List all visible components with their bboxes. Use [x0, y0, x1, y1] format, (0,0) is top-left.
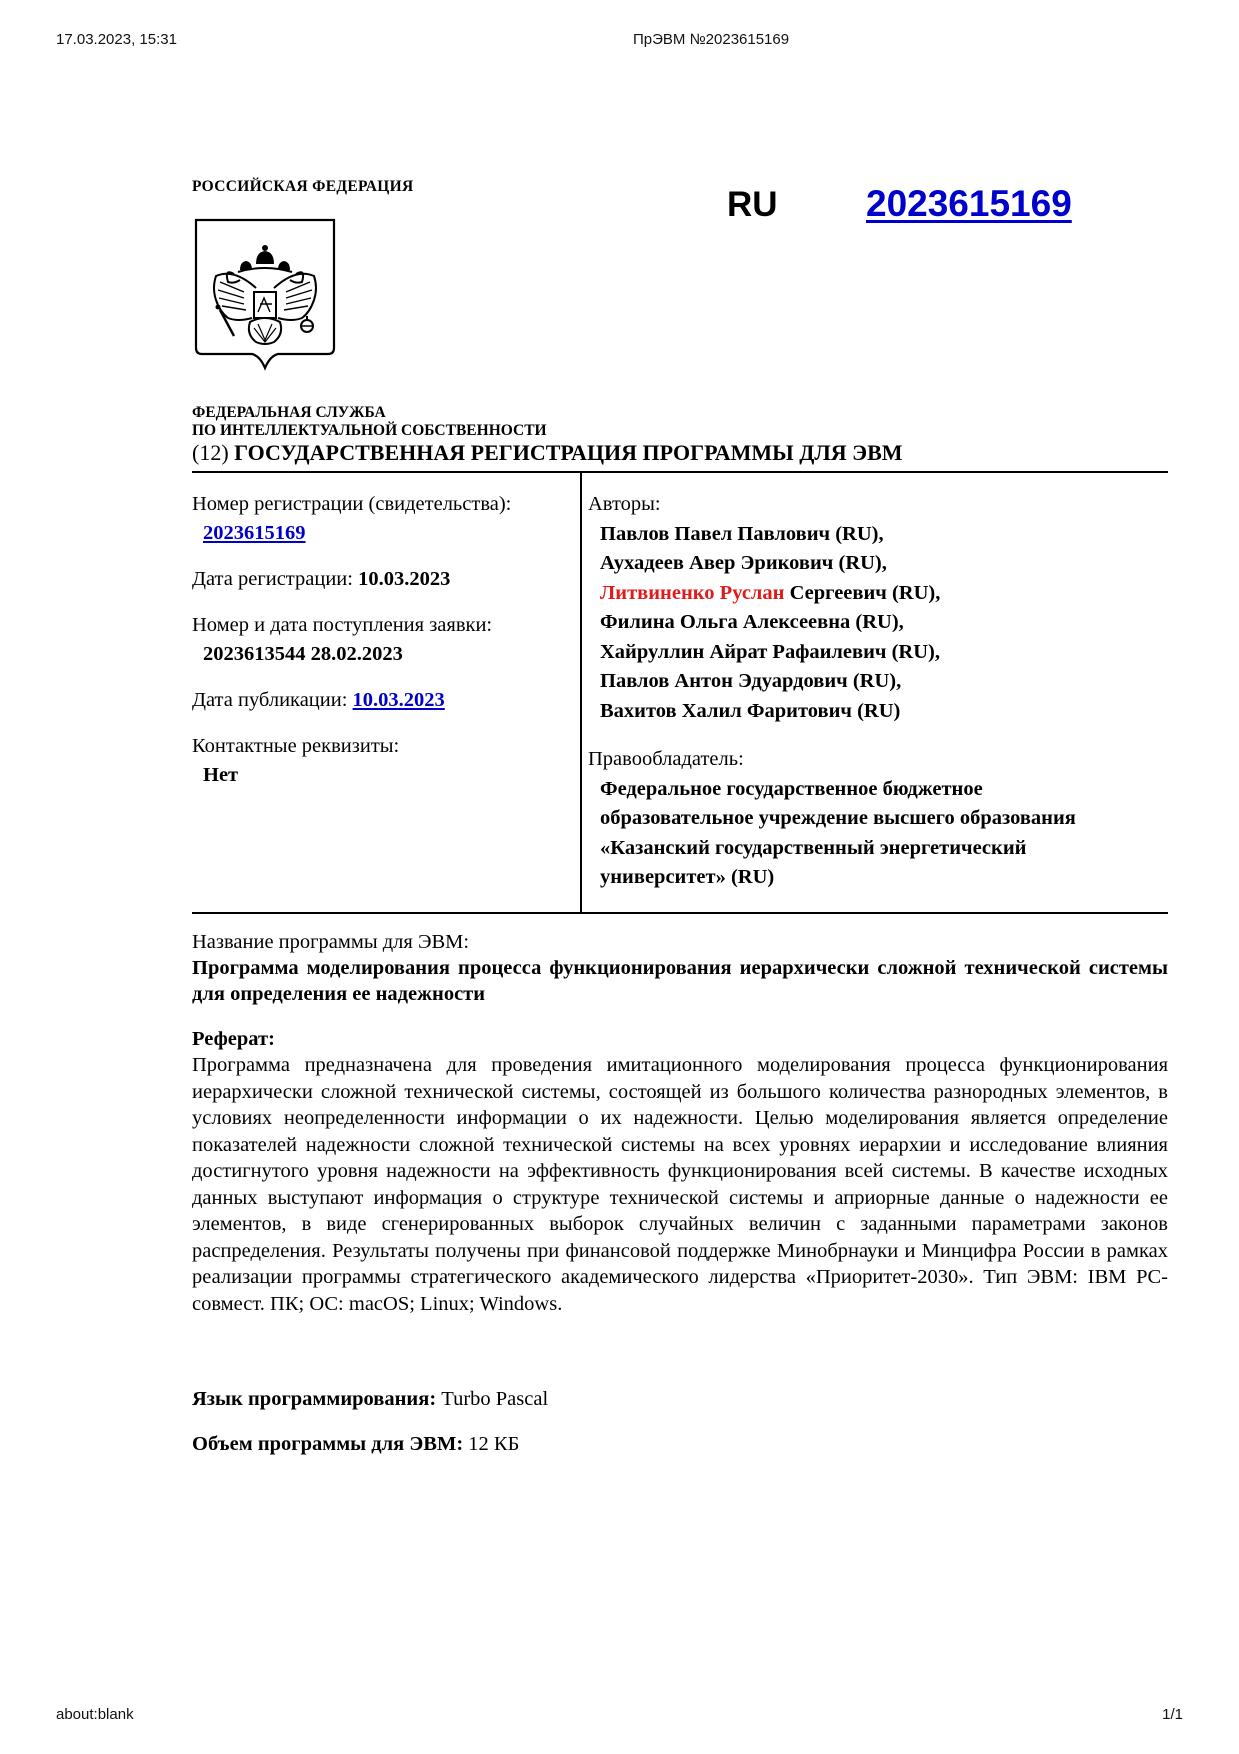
author-item: Павлов Павел Павлович (RU), [600, 520, 1168, 550]
program-size: Объем программы для ЭВМ: 12 КБ [192, 1431, 519, 1457]
author-item: Аухадеев Авер Эрикович (RU), [600, 549, 1168, 579]
country-name: РОССИЙСКАЯ ФЕДЕРАЦИЯ [192, 178, 413, 196]
agency-name: ФЕДЕРАЛЬНАЯ СЛУЖБА ПО ИНТЕЛЛЕКТУАЛЬНОЙ С… [192, 404, 547, 440]
program-name: Программа моделирования процесса функцио… [192, 955, 1168, 1007]
document-kind-code: (12) [192, 440, 229, 465]
reg-number-link[interactable]: 2023615169 [203, 522, 306, 544]
author-item: Филина Ольга Алексеевна (RU), [600, 608, 1168, 638]
author-item: Хайруллин Айрат Рафаилевич (RU), [600, 638, 1168, 668]
russian-coat-of-arms-icon [194, 218, 336, 378]
abstract-label: Реферат: [192, 1026, 275, 1052]
application-label: Номер и дата поступления заявки: [192, 611, 572, 640]
holder-line: образовательное учреждение высшего образ… [600, 804, 1168, 834]
author-rest: Сергеевич (RU), [790, 582, 941, 604]
application-value: 2023613544 28.02.2023 [192, 640, 572, 669]
author-item: Вахитов Халил Фаритович (RU) [600, 697, 1168, 727]
abstract-text: Программа предназначена для проведения и… [192, 1052, 1168, 1317]
document-type: ГОСУДАРСТВЕННАЯ РЕГИСТРАЦИЯ ПРОГРАММЫ ДЛ… [234, 440, 902, 465]
author-highlight: Литвиненко Руслан [600, 582, 784, 604]
column-divider [580, 473, 582, 913]
programming-language: Язык программирования: Turbo Pascal [192, 1386, 548, 1412]
print-page-number: 1/1 [1162, 1706, 1183, 1723]
pub-date-block: Дата публикации: 10.03.2023 [192, 686, 572, 715]
print-datetime: 17.03.2023, 15:31 [56, 31, 177, 48]
reg-date-block: Дата регистрации: 10.03.2023 [192, 565, 572, 594]
contacts-value: Нет [192, 761, 572, 790]
registration-number-link[interactable]: 2023615169 [866, 183, 1072, 225]
print-title: ПрЭВМ №2023615169 [633, 31, 789, 48]
size-label: Объем программы для ЭВМ: [192, 1433, 463, 1455]
registration-details: Номер регистрации (свидетельства): 20236… [192, 490, 572, 807]
holder-name: Федеральное государственное бюджетное об… [588, 775, 1168, 893]
author-item: Литвиненко Руслан Сергеевич (RU), [600, 579, 1168, 609]
document-title: (12) ГОСУДАРСТВЕННАЯ РЕГИСТРАЦИЯ ПРОГРАМ… [192, 440, 903, 466]
application-block: Номер и дата поступления заявки: 2023613… [192, 611, 572, 669]
program-name-label: Название программы для ЭВМ: [192, 929, 469, 955]
author-item: Павлов Антон Эдуардович (RU), [600, 667, 1168, 697]
authors-and-holder: Авторы: Павлов Павел Павлович (RU), Ауха… [588, 490, 1168, 893]
holder-label: Правообладатель: [588, 745, 1168, 775]
holder-line: университет» (RU) [600, 863, 1168, 893]
holder-line: «Казанский государственный энергетически… [600, 834, 1168, 864]
pub-date-label: Дата публикации: [192, 689, 347, 711]
reg-number-label: Номер регистрации (свидетельства): [192, 490, 572, 519]
agency-line-2: ПО ИНТЕЛЛЕКТУАЛЬНОЙ СОБСТВЕННОСТИ [192, 422, 547, 440]
reg-number-block: Номер регистрации (свидетельства): 20236… [192, 490, 572, 548]
reg-date-value: 10.03.2023 [358, 568, 450, 590]
table-top-rule [192, 471, 1168, 473]
size-value: 12 КБ [468, 1433, 519, 1455]
pub-date-link[interactable]: 10.03.2023 [353, 689, 445, 711]
language-label: Язык программирования: [192, 1388, 436, 1410]
table-bottom-rule [192, 912, 1168, 914]
language-value: Turbo Pascal [441, 1388, 548, 1410]
authors-label: Авторы: [588, 490, 1168, 520]
country-code: RU [727, 185, 778, 225]
contacts-block: Контактные реквизиты: Нет [192, 732, 572, 790]
agency-line-1: ФЕДЕРАЛЬНАЯ СЛУЖБА [192, 404, 547, 422]
contacts-label: Контактные реквизиты: [192, 732, 572, 761]
holder-line: Федеральное государственное бюджетное [600, 775, 1168, 805]
reg-date-label: Дата регистрации: [192, 568, 353, 590]
print-url: about:blank [56, 1706, 134, 1723]
authors-list: Павлов Павел Павлович (RU), Аухадеев Аве… [588, 520, 1168, 727]
